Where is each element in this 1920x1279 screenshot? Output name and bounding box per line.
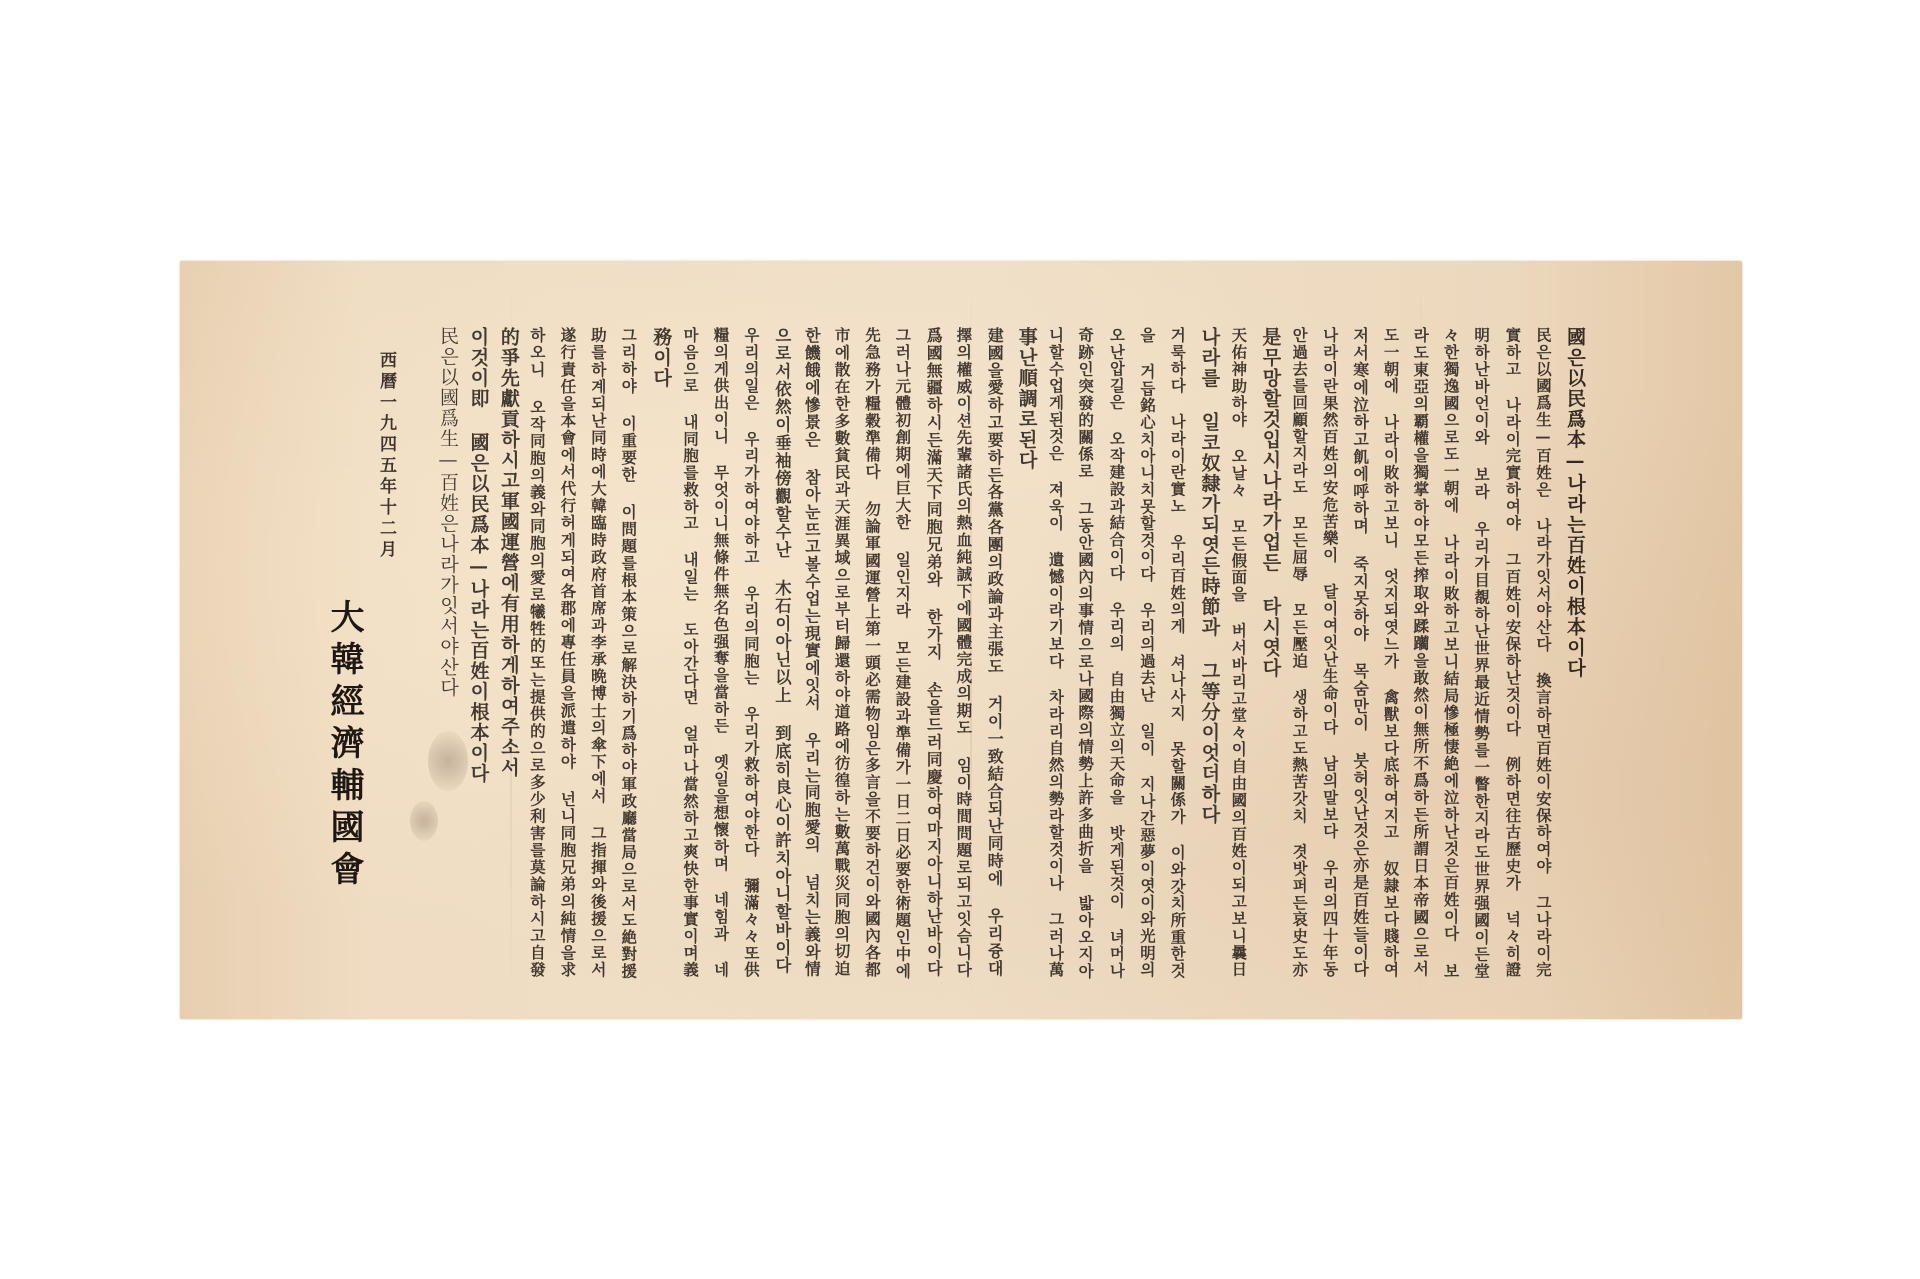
text-column: 저서寒에泣하고飢에呼하며 죽지못하야 목숨만이 붓허잇난것은亦是百姓들이다	[1352, 327, 1368, 978]
ink-smudge	[410, 801, 438, 841]
text-column: 是무망할것입시나라가업든 타시엿다	[1260, 327, 1279, 679]
text-column: 한饑餓에慘景은 참아눈뜨고볼수업는現實에잇서 우리는同胞愛의 넘치는義와情	[804, 327, 820, 978]
text-column: 務이다	[651, 327, 670, 389]
text-column: 天佑神助하야 오날々 모든假面을 버서바리고堂々이自由國의百姓이되고보니曩日	[1230, 327, 1245, 978]
historical-leaflet-paper: 國은以民爲本—나라는百姓이根本이다民은以國爲生—百姓은 나라가잇서야산다 換言하…	[180, 261, 1742, 1019]
text-column: 거룩하다 나라이란實노 우리百姓의게 셔나사지 못할關係가 이와갓치所重한것	[1169, 327, 1184, 979]
text-column: 建國을愛하고要하든各黨各團의政論과主張도 거이一致結合되난同時에 우리즁대	[986, 327, 1002, 977]
text-column: 그리하야 이重要한 이問題를根本策으로解決하기爲하야軍政廳當局으로서도絶對援	[621, 327, 636, 980]
closing-motto: 民은以國爲生—百姓은나라가잇서야산다	[438, 326, 457, 698]
text-column: 하오니 오작同胞의義와同胞의愛로犧牲的또는提供的으로多少利害를莫論하시고自發	[529, 327, 545, 978]
issuing-organization: 大韓經濟輔國會	[320, 599, 369, 893]
text-column: 우리의일은 우리가하여야하고 우리의同胞는 우리가救하여야한다 彌滿々々또供	[743, 327, 758, 979]
text-column: 라도東亞의覇權을獨掌하야모든搾取와蹂躪을敢然이無所不爲하든所謂日本帝國으로서	[1413, 327, 1429, 977]
text-column: 助를하계되난同時에大韓臨時政府首席과李承晩博士의傘下에서 그指揮와後援으로서	[590, 327, 606, 978]
text-column: 爲國無疆하시든滿天下同胞兄弟와 한가지 손을드러同慶하여마지아니하난바이다	[925, 327, 941, 977]
text-column: 先急務가糧穀準備다 勿論軍國運營上第一頭必需物임은多言을不要하건이와國內各都	[864, 327, 880, 978]
text-column: 그러나元體初創期에巨大한 일인지라 모든建設과準備가一日二日必要한術題인中에	[895, 327, 910, 980]
text-column: 實하고 나라이完實하여야 그百姓이安保하난것이다 例하면往古歷史가 넉々히證	[1504, 327, 1519, 979]
text-column: 으로서依然이垂袖傍觀할수난 木石이아닌以上 到底히良心이許치아니할바이다	[773, 327, 789, 975]
text-column: 民은以國爲生—百姓은 나라가잇서야산다 換言하면百姓이安保하여야 그나라이完	[1535, 327, 1550, 979]
text-column: 糧의게供出이니 무엇이니無條件無名色强奪을當하든 옛일을想懷하며 네힘과 네	[712, 327, 727, 979]
text-column: 나라를 일코奴隸가되엿든時節과 그等分이엇더하다	[1199, 327, 1218, 825]
ink-smudge	[428, 731, 468, 791]
text-column: 이것이即 國은以民爲本—나라는百姓이根本이다	[468, 327, 487, 784]
text-column: 도一朝에 나라이敗하고보니 엇지되엿느가 禽獸보다底하여지고 奴隷보다賤하여	[1382, 327, 1397, 979]
text-column: 마음으로 내同胞를救하고 내일는 도아간다면 얼마나當然하고爽快한事實이며義	[682, 327, 697, 979]
text-column: 나라이란果然百姓의安危苦樂이 달이여잇난生命이다 남의말보다 우리의四十年동	[1321, 327, 1336, 978]
text-column: 明하난바언이와 보라 우리가目覩하난世界最近情勢를一瞥한지라도世界强國이든堂	[1474, 327, 1489, 980]
text-column: 々한獨逸國으로도一朝에 나라이敗하고보니結局慘極悽絶에泣하난것은百姓이다 보	[1443, 327, 1458, 980]
issue-date: 西曆一九四五年十二月	[374, 351, 399, 561]
text-column: 的爭先獻貢하시고軍國運營에有用하게하여주소서	[499, 327, 518, 778]
text-column: 事난順調로된다	[1017, 327, 1036, 471]
text-column: 擇의權威이션先輩諸氏의熱血純誠下에國體完成의期도 임이時間問題로되고잇슴니다	[956, 327, 972, 978]
text-column: 遂行責任을本會에서代行허게되여各郡에專任員을派遣하야 넌니同胞兄弟의純情을求	[560, 327, 576, 978]
text-column: 奇跡인突發的關係로 그동안國內의事情으로나國際의情勢上許多曲折을 밟아오지아	[1078, 327, 1093, 980]
photo-stage: 國은以民爲本—나라는百姓이根本이다民은以國爲生—百姓은 나라가잇서야산다 換言하…	[0, 0, 1920, 1279]
text-column: 니할수업게된것은 져욱이 遺憾이라기보다 차라리自然의勢라할것이나 그러나萬	[1047, 327, 1062, 979]
headline-column: 國은以民爲本—나라는百姓이根本이다	[1565, 327, 1584, 679]
text-column: 市에散在한多數貧民과天涯異域으로부터歸還하야道路에彷徨하는數萬戰災同胞의切迫	[834, 327, 850, 977]
text-column: 안過去를回顧할지라도 모든屈辱 모든壓迫 생하고도熱苦갓치 겻밧퍼든哀史도亦	[1291, 327, 1306, 979]
text-column: 을 거듭銘心치아니치못할것이다 우리의過去난 일이 지나간惡夢이엿이와光明의	[1139, 327, 1154, 979]
text-column: 오난압길은 오작建設과結合이다 우리의 自由獨立의天命을 밧게된것이 녀머나	[1108, 327, 1123, 979]
